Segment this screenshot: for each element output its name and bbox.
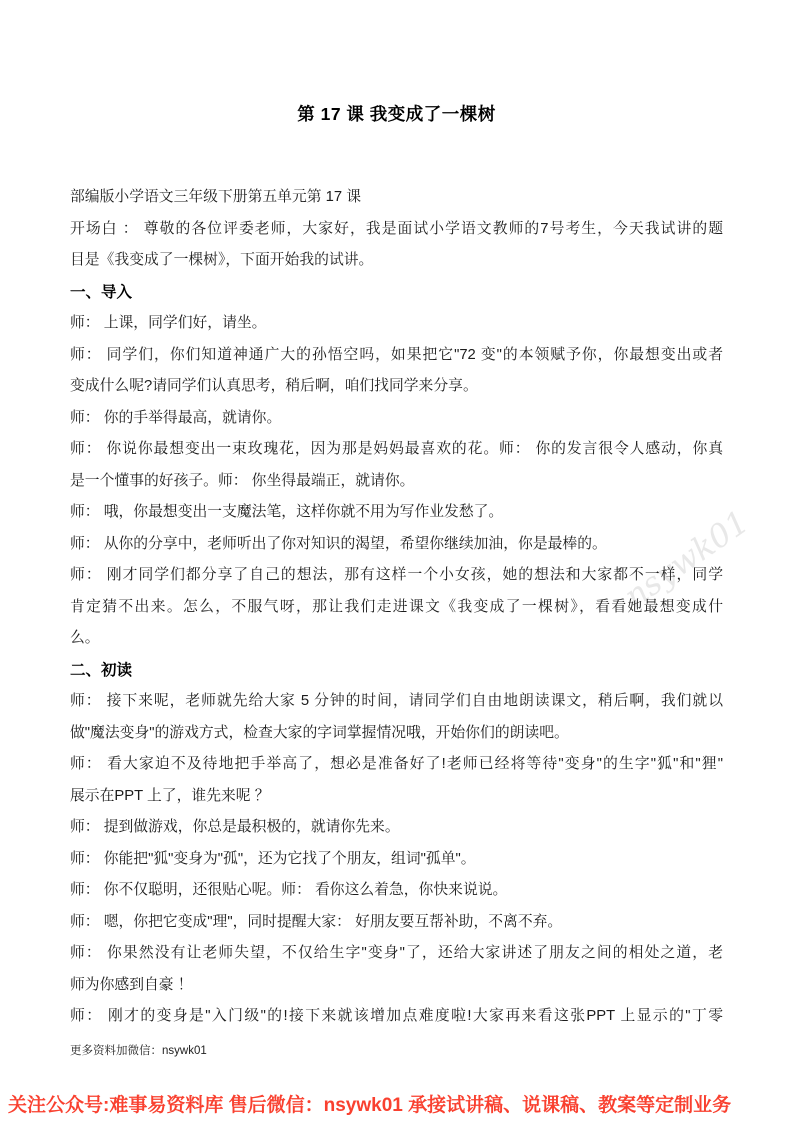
script-line: 师： 接下来呢，老师就先给大家 5 分钟的时间，请同学们自由地朗读课文，稍后啊，… (70, 686, 723, 718)
document-content: 第 17 课 我变成了一棵树 部编版小学语文三年级下册第五单元第 17 课 开场… (70, 0, 723, 1058)
script-line: 开场白 ： 尊敬的各位评委老师，大家好，我是面试小学语文教师的7号考生，今天我试… (70, 214, 723, 246)
script-line: 做"魔法变身"的游戏方式，检查大家的字词掌握情况哦，开始你们的朗读吧。 (70, 718, 723, 750)
section-heading-intro: 一、导入 (70, 277, 723, 309)
promo-banner: 关注公众号:难事易资料库 售后微信：nsywk01 承接试讲稿、说课稿、教案等定… (8, 1092, 793, 1120)
script-line: 师： 哦，你最想变出一支魔法笔，这样你就不用为写作业发愁了。 (70, 497, 723, 529)
script-line: 部编版小学语文三年级下册第五单元第 17 课 (70, 182, 723, 214)
script-line: 展示在PPT 上了，谁先来呢 ？ (70, 781, 723, 813)
script-line: 变成什么呢?请同学们认真思考，稍后啊，咱们找同学来分享。 (70, 371, 723, 403)
script-line: 师： 提到做游戏，你总是最积极的，就请你先来。 (70, 812, 723, 844)
script-line: 师： 刚才同学们都分享了自己的想法，那有这样一个小女孩，她的想法和大家都不一样，… (70, 560, 723, 592)
script-line: 肯定猜不出来。怎么，不服气呀，那让我们走进课文《我变成了一棵树》，看看她最想变成… (70, 592, 723, 624)
section-heading-first-read: 二、初读 (70, 655, 723, 687)
script-line: 么。 (70, 623, 723, 655)
script-line: 师： 同学们，你们知道神通广大的孙悟空吗，如果把它"72 变"的本领赋予你，你最… (70, 340, 723, 372)
footer-wechat-note: 更多资料加微信：nsywk01 (70, 1042, 723, 1058)
document-page: nsywk01 第 17 课 我变成了一棵树 部编版小学语文三年级下册第五单元第… (0, 0, 793, 1122)
script-line: 师： 从你的分享中，老师听出了你对知识的渴望，希望你继续加油，你是最棒的。 (70, 529, 723, 561)
script-line: 是一个懂事的好孩子。师： 你坐得最端正，就请你。 (70, 466, 723, 498)
script-line: 师： 刚才的变身是"入门级"的!接下来就该增加点难度啦!大家再来看这张PPT 上… (70, 1001, 723, 1033)
script-line: 师为你感到自豪 ！ (70, 970, 723, 1002)
script-line: 师： 你说你最想变出一束玫瑰花，因为那是妈妈最喜欢的花。师： 你的发言很令人感动… (70, 434, 723, 466)
script-line: 师： 你的手举得最高，就请你。 (70, 403, 723, 435)
script-line: 目是《我变成了一棵树》，下面开始我的试讲。 (70, 245, 723, 277)
page-title: 第 17 课 我变成了一棵树 (70, 101, 723, 126)
script-line: 师： 嗯，你把它变成"理"，同时提醒大家： 好朋友要互帮补助，不离不弃。 (70, 907, 723, 939)
script-line: 师： 上课，同学们好，请坐。 (70, 308, 723, 340)
script-line: 师： 你不仅聪明，还很贴心呢。师： 看你这么着急，你快来说说。 (70, 875, 723, 907)
script-body: 部编版小学语文三年级下册第五单元第 17 课 开场白 ： 尊敬的各位评委老师，大… (70, 182, 723, 1033)
script-line: 师： 你能把"狐"变身为"孤"，还为它找了个朋友，组词"孤单"。 (70, 844, 723, 876)
script-line: 师： 看大家迫不及待地把手举高了，想必是准备好了!老师已经将等待"变身"的生字"… (70, 749, 723, 781)
script-line: 师： 你果然没有让老师失望，不仅给生字"变身"了，还给大家讲述了朋友之间的相处之… (70, 938, 723, 970)
